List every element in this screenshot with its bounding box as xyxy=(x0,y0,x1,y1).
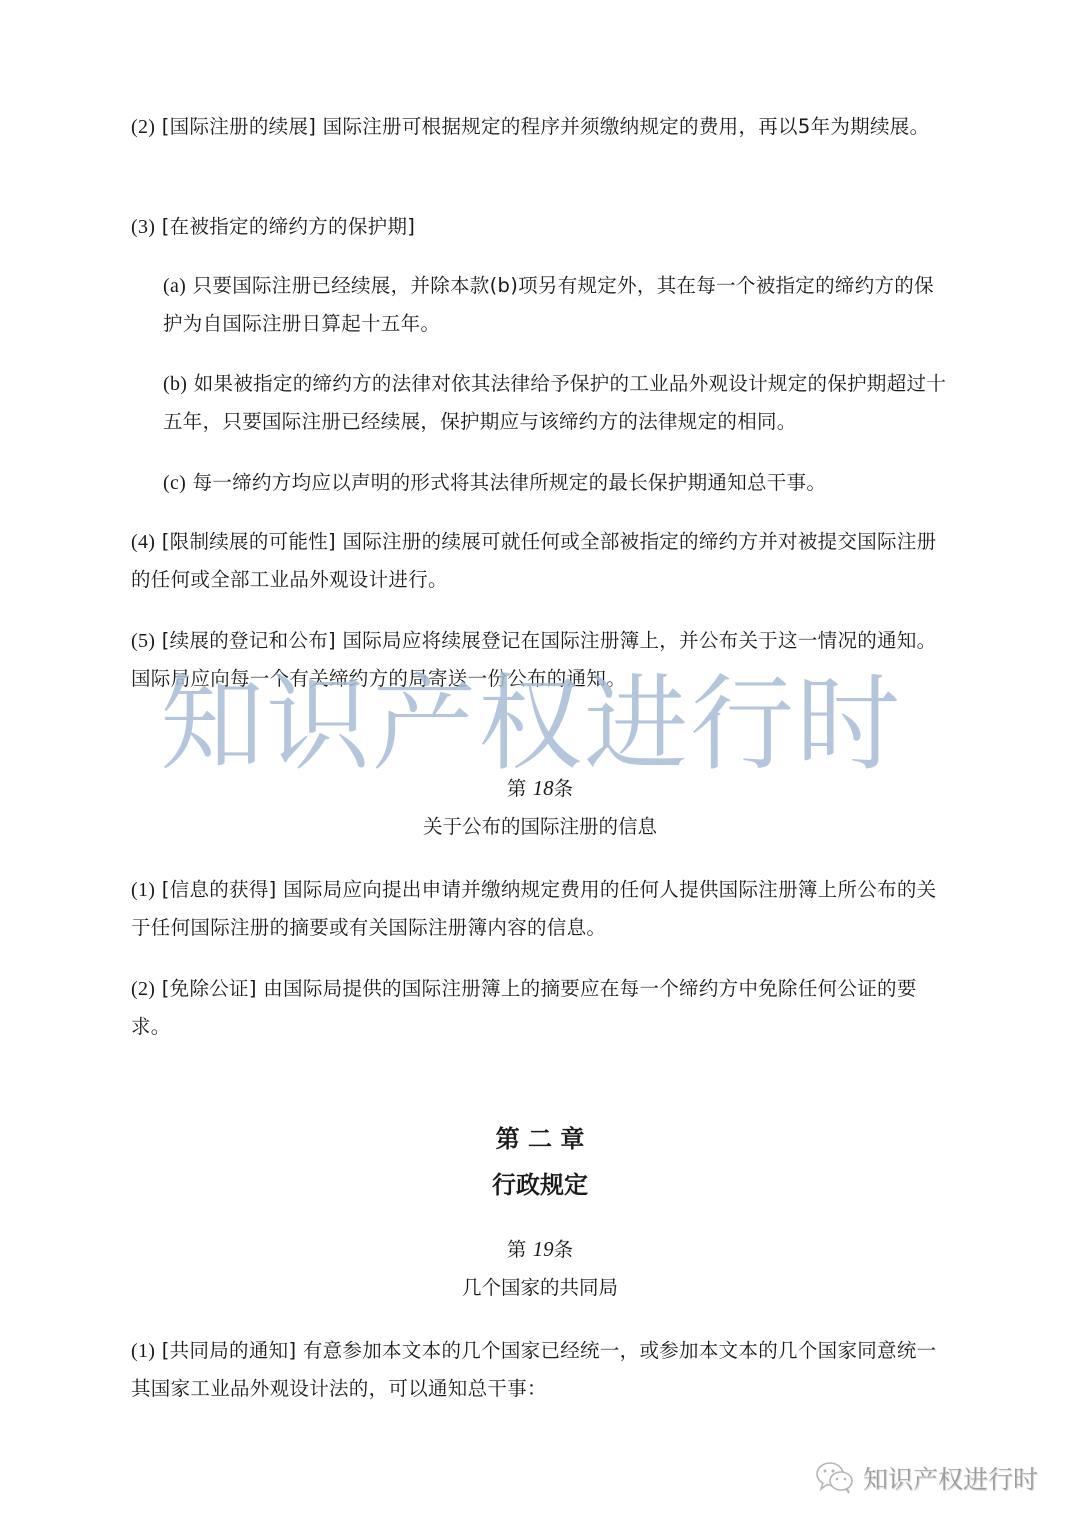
paragraph-number: (3) xyxy=(131,216,155,238)
subparagraph-text: 如果被指定的缔约方的法律对依其法律给予保护的工业品外观设计规定的保护期超过十五年… xyxy=(163,372,946,433)
subparagraph-b: (b) 如果被指定的缔约方的法律对依其法律给予保护的工业品外观设计规定的保护期超… xyxy=(163,365,953,440)
chapter-title: 行政规定 xyxy=(0,1168,1080,1202)
article-18-number: 第 18条 xyxy=(0,773,1080,804)
paragraph-number: (1) xyxy=(131,1340,155,1362)
article-prefix: 第 xyxy=(507,1238,533,1261)
subparagraph-a: (a) 只要国际注册已经续展，并除本款(b)项另有规定外，其在每一个被指定的缔约… xyxy=(163,267,953,342)
footer-account-name: 知识产权进行时 xyxy=(863,1460,1038,1496)
paragraph-common-office: (1) [共同局的通知] 有意参加本文本的几个国家已经统一，或参加本文本的几个国… xyxy=(131,1332,951,1407)
document-page: (2) [国际注册的续展] 国际注册可根据规定的程序并须缴纳规定的费用，再以5年… xyxy=(0,0,1080,1527)
paragraph-information: (1) [信息的获得] 国际局应向提出申请并缴纳规定费用的任何人提供国际注册簿上… xyxy=(131,871,951,946)
article-suffix: 条 xyxy=(554,1238,574,1261)
subparagraph-letter: (c) xyxy=(163,472,186,494)
paragraph-renewal: (2) [国际注册的续展] 国际注册可根据规定的程序并须缴纳规定的费用，再以5年… xyxy=(131,108,951,146)
paragraph-heading: [在被指定的缔约方的保护期] xyxy=(162,215,415,238)
subparagraph-letter: (b) xyxy=(163,373,187,395)
paragraph-number: (2) xyxy=(131,116,155,138)
wechat-icon xyxy=(815,1461,855,1495)
subparagraph-letter: (a) xyxy=(163,275,186,297)
paragraph-protection-term: (3) [在被指定的缔约方的保护期] xyxy=(131,208,951,246)
paragraph-recording-publication: (5) [续展的登记和公布] 国际局应将续展登记在国际注册簿上，并公布关于这一情… xyxy=(131,622,951,697)
paragraph-heading: [续展的登记和公布] xyxy=(162,629,336,652)
paragraph-heading: [信息的获得] xyxy=(162,878,277,901)
paragraph-heading: [限制续展的可能性] xyxy=(162,530,336,553)
paragraph-heading: [共同局的通知] xyxy=(162,1339,297,1362)
subparagraph-text: 每一缔约方均应以声明的形式将其法律所规定的最长保护期通知总干事。 xyxy=(193,471,827,494)
article-suffix: 条 xyxy=(554,777,574,800)
paragraph-limited-renewal: (4) [限制续展的可能性] 国际注册的续展可就任何或全部被指定的缔约方并对被提… xyxy=(131,523,951,598)
paragraph-number: (2) xyxy=(131,978,155,1000)
paragraph-number: (5) xyxy=(131,630,155,652)
paragraph-text: 国际注册可根据规定的程序并须缴纳规定的费用，再以5年为期续展。 xyxy=(323,115,930,138)
article-19-title: 几个国家的共同局 xyxy=(0,1273,1080,1303)
subparagraph-c: (c) 每一缔约方均应以声明的形式将其法律所规定的最长保护期通知总干事。 xyxy=(163,464,953,502)
article-18-title: 关于公布的国际注册的信息 xyxy=(0,812,1080,842)
article-19-number: 第 19条 xyxy=(0,1234,1080,1265)
article-number: 18 xyxy=(533,776,554,800)
article-number: 19 xyxy=(533,1237,554,1261)
chapter-label: 第 二 章 xyxy=(0,1122,1080,1156)
paragraph-heading: [国际注册的续展] xyxy=(162,115,316,138)
paragraph-number: (4) xyxy=(131,531,155,553)
paragraph-number: (1) xyxy=(131,879,155,901)
footer-account-watermark: 知识产权进行时 xyxy=(815,1458,1038,1498)
paragraph-heading: [免除公证] xyxy=(162,977,257,1000)
paragraph-legalization-exemption: (2) [免除公证] 由国际局提供的国际注册簿上的摘要应在每一个缔约方中免除任何… xyxy=(131,970,951,1045)
subparagraph-text: 只要国际注册已经续展，并除本款(b)项另有规定外，其在每一个被指定的缔约方的保护… xyxy=(163,274,934,335)
article-prefix: 第 xyxy=(507,777,533,800)
